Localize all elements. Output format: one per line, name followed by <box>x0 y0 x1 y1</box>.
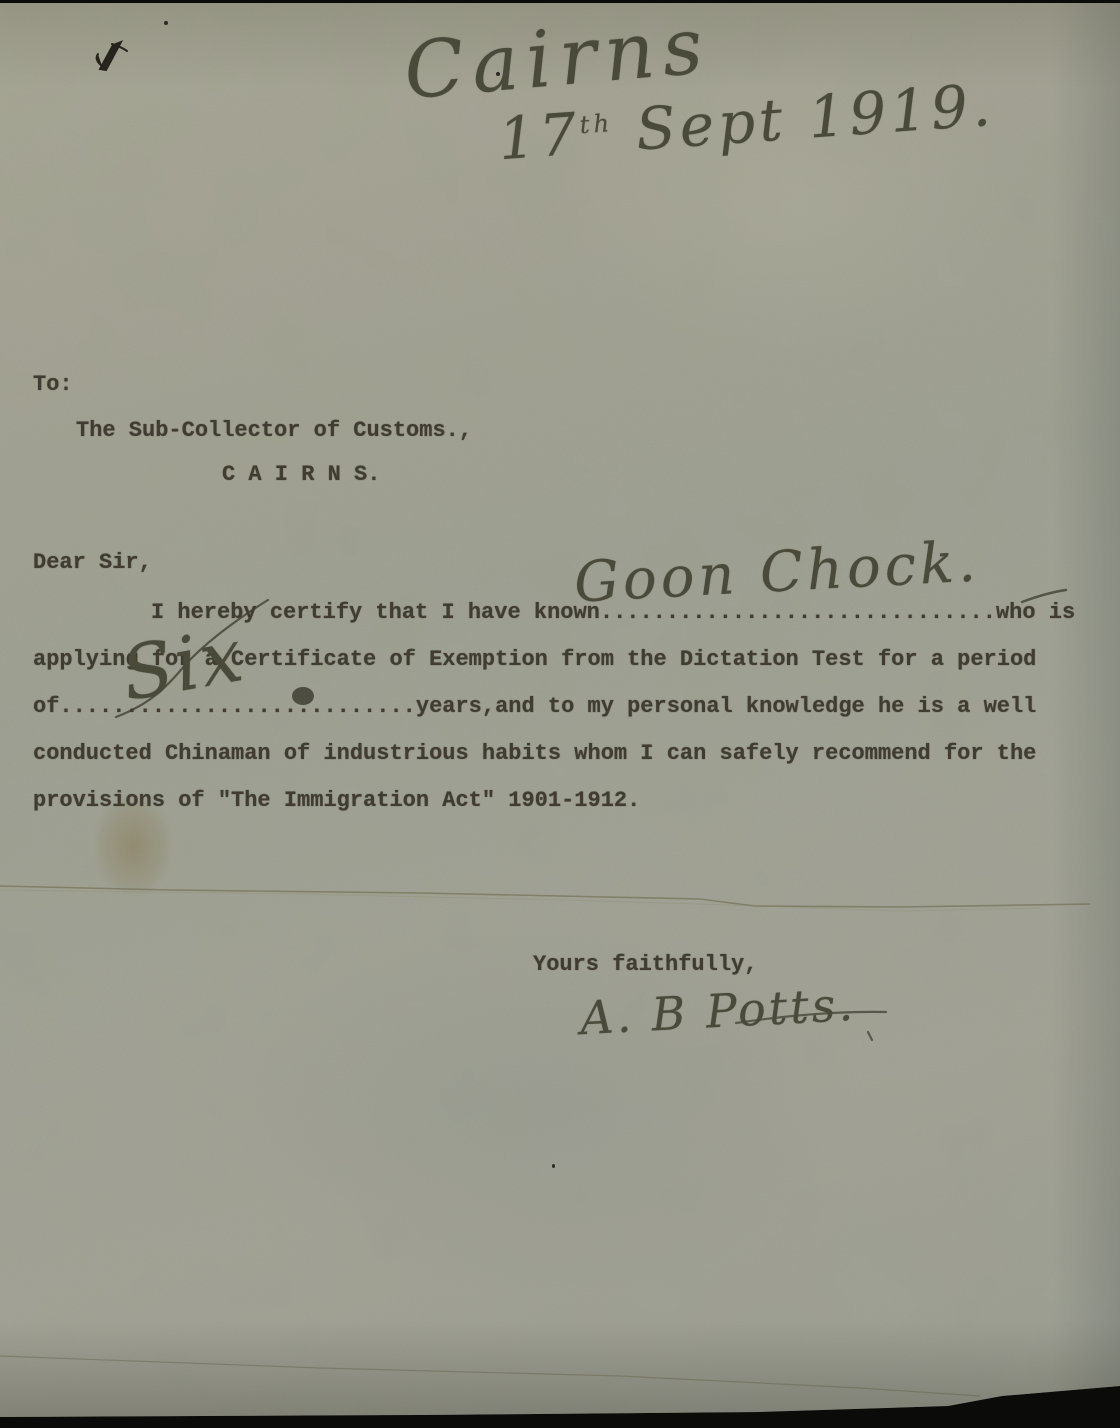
ink-speck <box>164 21 168 25</box>
bottom-crease-line <box>0 1356 980 1396</box>
corner-ink-mark <box>97 42 127 70</box>
handwritten-signature: A. B Potts. <box>579 977 857 1045</box>
paper-bottom-shade <box>0 1320 1120 1420</box>
body-line3-suffix: years,and to my personal knowledge he is… <box>416 694 1037 719</box>
recipient-address-line1: The Sub-Collector of Customs., <box>76 418 472 443</box>
paper-edge-shade <box>1052 0 1120 1428</box>
salutation: Dear Sir, <box>33 550 152 575</box>
body-line1-suffix: who is <box>996 600 1075 625</box>
ink-speck <box>552 1164 555 1168</box>
recipient-to-label: To: <box>33 372 73 397</box>
body-line3-prefix: of <box>33 694 59 719</box>
scanned-letter: Cairns 17th Sept 1919. To: The Sub-Colle… <box>0 0 1120 1428</box>
valediction: Yours faithfully, <box>533 952 757 977</box>
date-ordinal: th <box>579 108 614 139</box>
body-line-4: conducted Chinaman of industrious habits… <box>33 741 1036 766</box>
recipient-address-line2: C A I R N S. <box>222 462 380 487</box>
body-line-5: provisions of "The Immigration Act" 1901… <box>33 788 640 813</box>
letter-paper: Cairns 17th Sept 1919. To: The Sub-Colle… <box>0 0 1120 1428</box>
date-day: 17 <box>496 100 582 174</box>
